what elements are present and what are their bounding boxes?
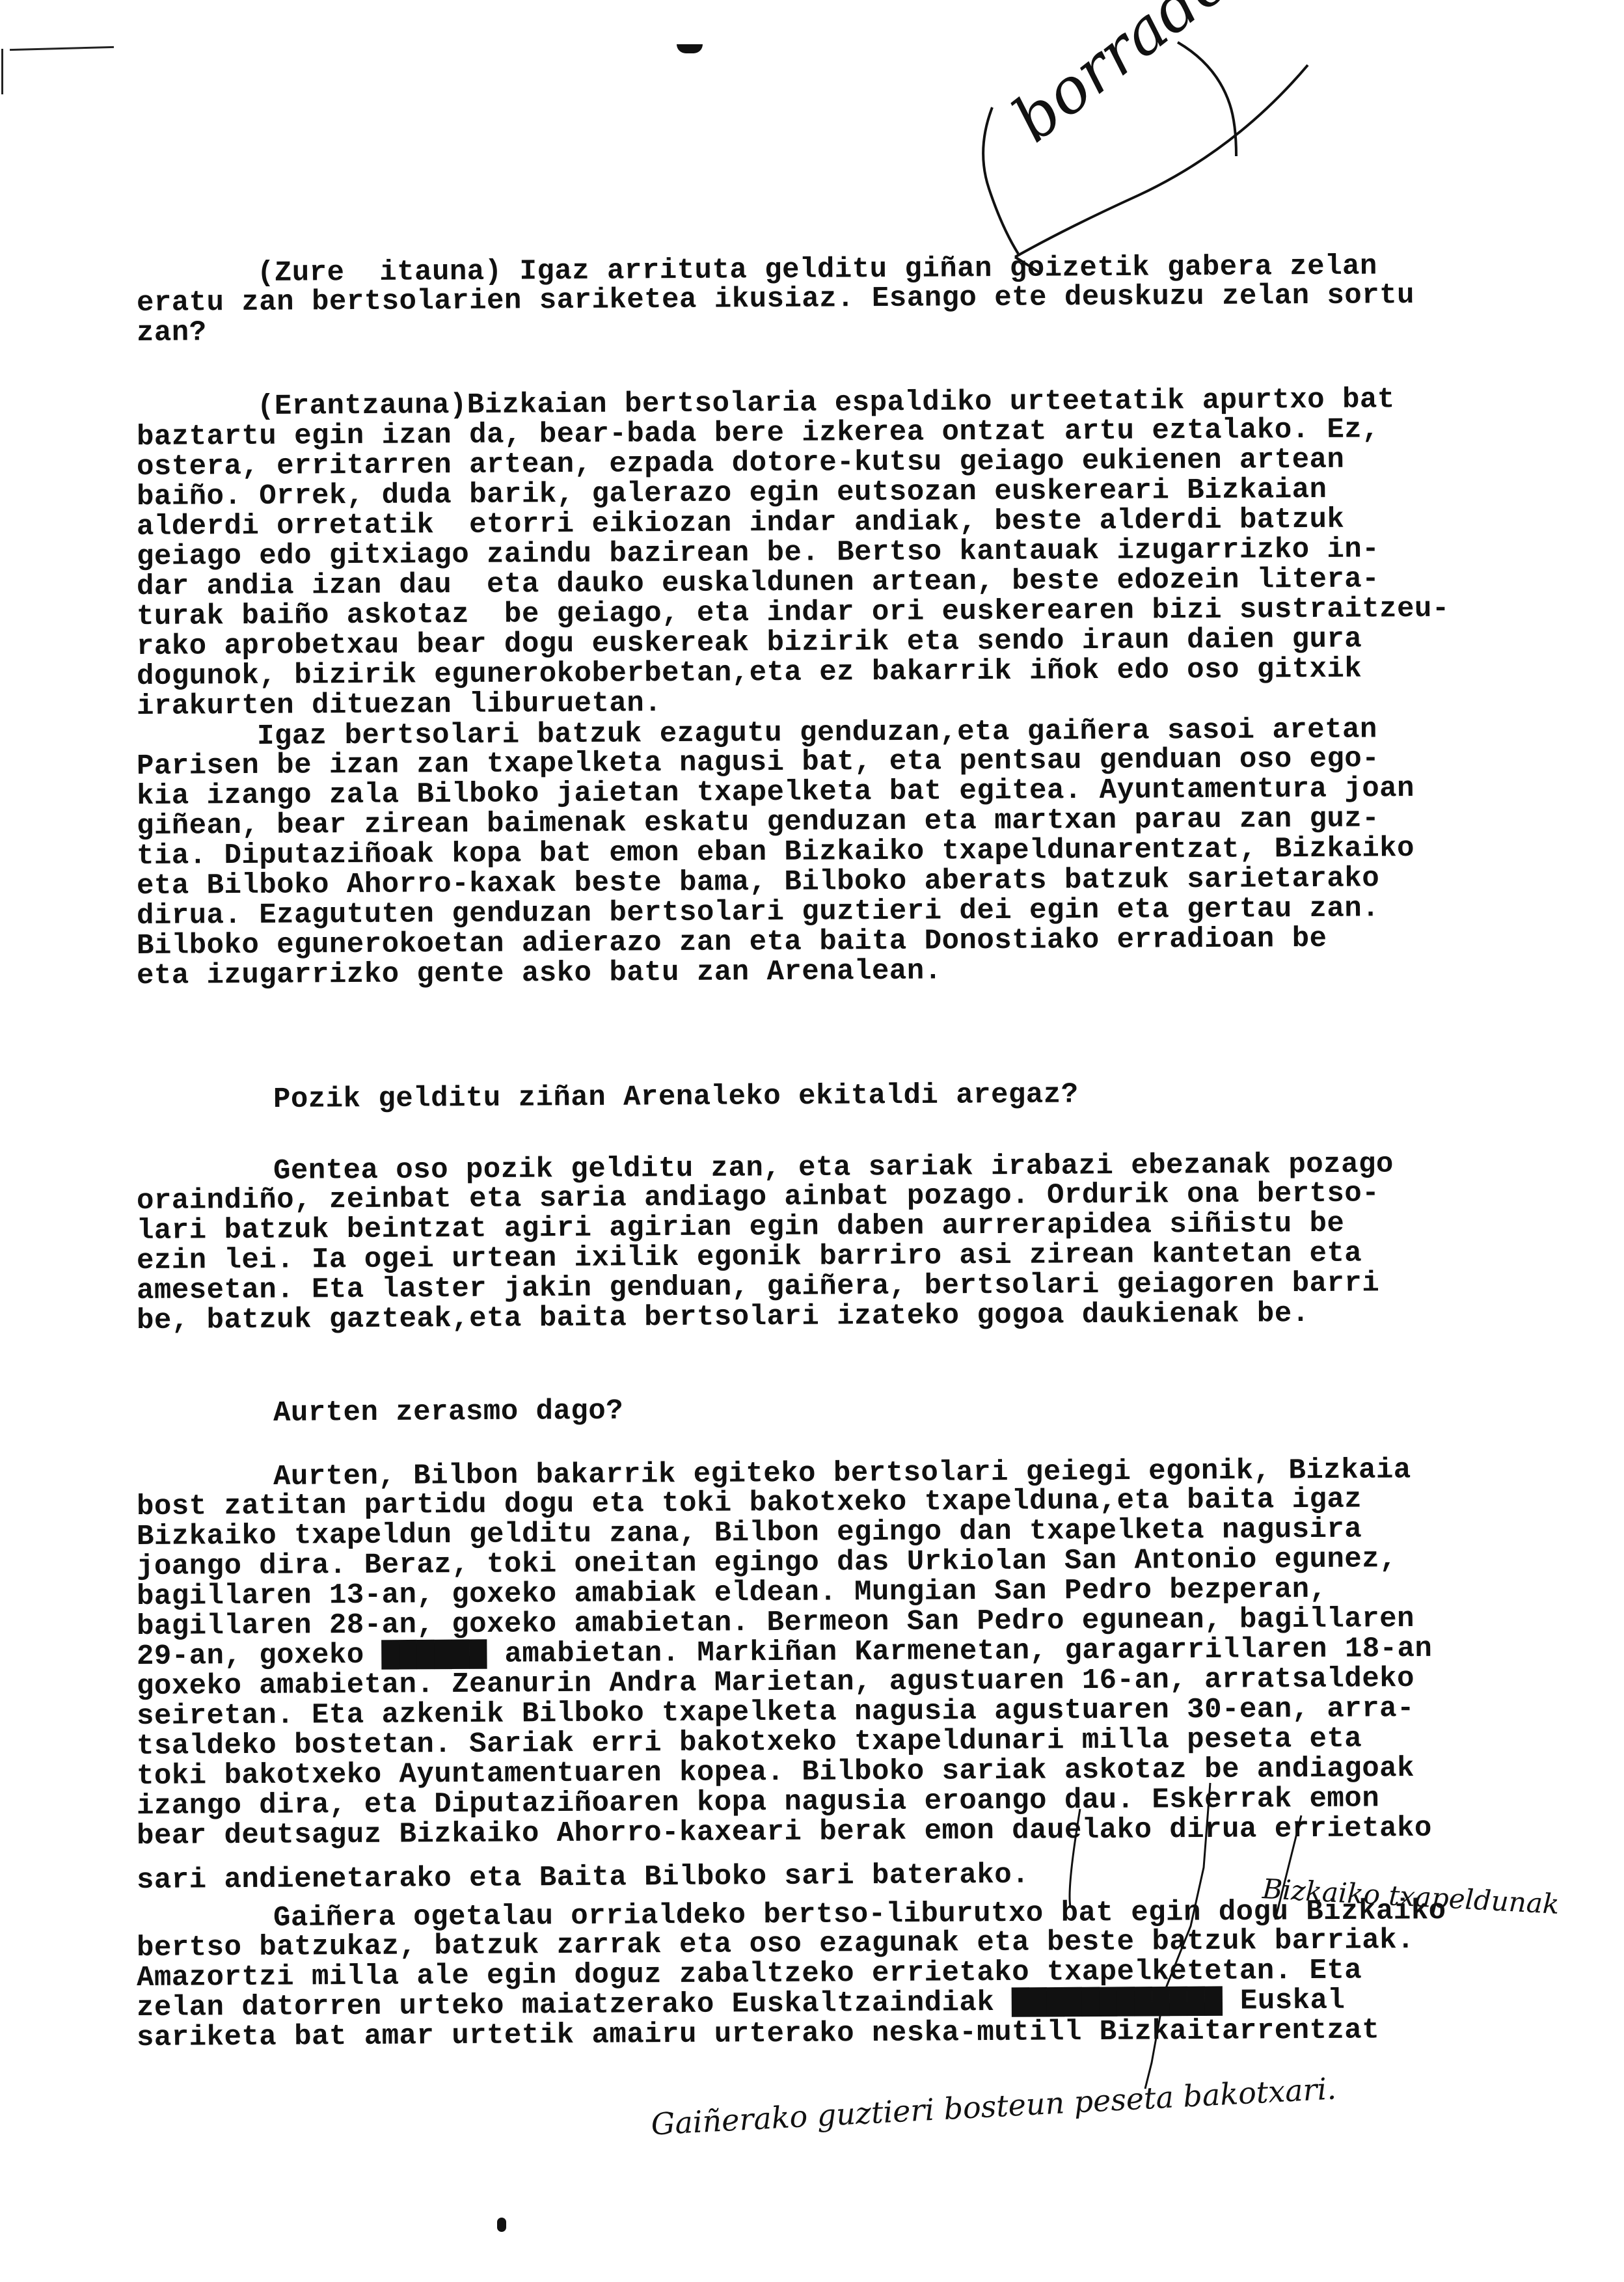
text-line: Bilboko egunerokoetan adierazo zan eta b… [137,925,1327,960]
text-line: irakurten dituezan liburuetan. [137,689,662,721]
ink-dot [497,2218,506,2232]
text-line: sariketa bat amar urtetik amairu urterak… [137,2016,1379,2052]
text-line: Pozik gelditu ziñan Arenaleko ekitaldi a… [273,1080,1079,1114]
text-line: be, batzuk gazteak,eta baita bertsolari … [137,1299,1310,1335]
text-line: dogunok, bizirik egunerokoberbetan,eta e… [137,655,1362,691]
typewritten-page: borrador (Zure itauna) Igaz arrituta gel… [0,0,1624,2282]
text-line: Aurten zerasmo dago? [273,1397,623,1428]
text-line: bear deutsaguz Bizkaiko Ahorro-kaxeari b… [137,1814,1432,1851]
text-line: zan? [137,318,207,347]
text-line: eta izugarrizko gente asko batu zan Aren… [137,957,942,990]
text-line: sari andienetarako eta Baita Bilboko sar… [137,1861,1029,1895]
text-line: eratu zan bertsolarien sariketea ikusiaz… [137,281,1414,318]
